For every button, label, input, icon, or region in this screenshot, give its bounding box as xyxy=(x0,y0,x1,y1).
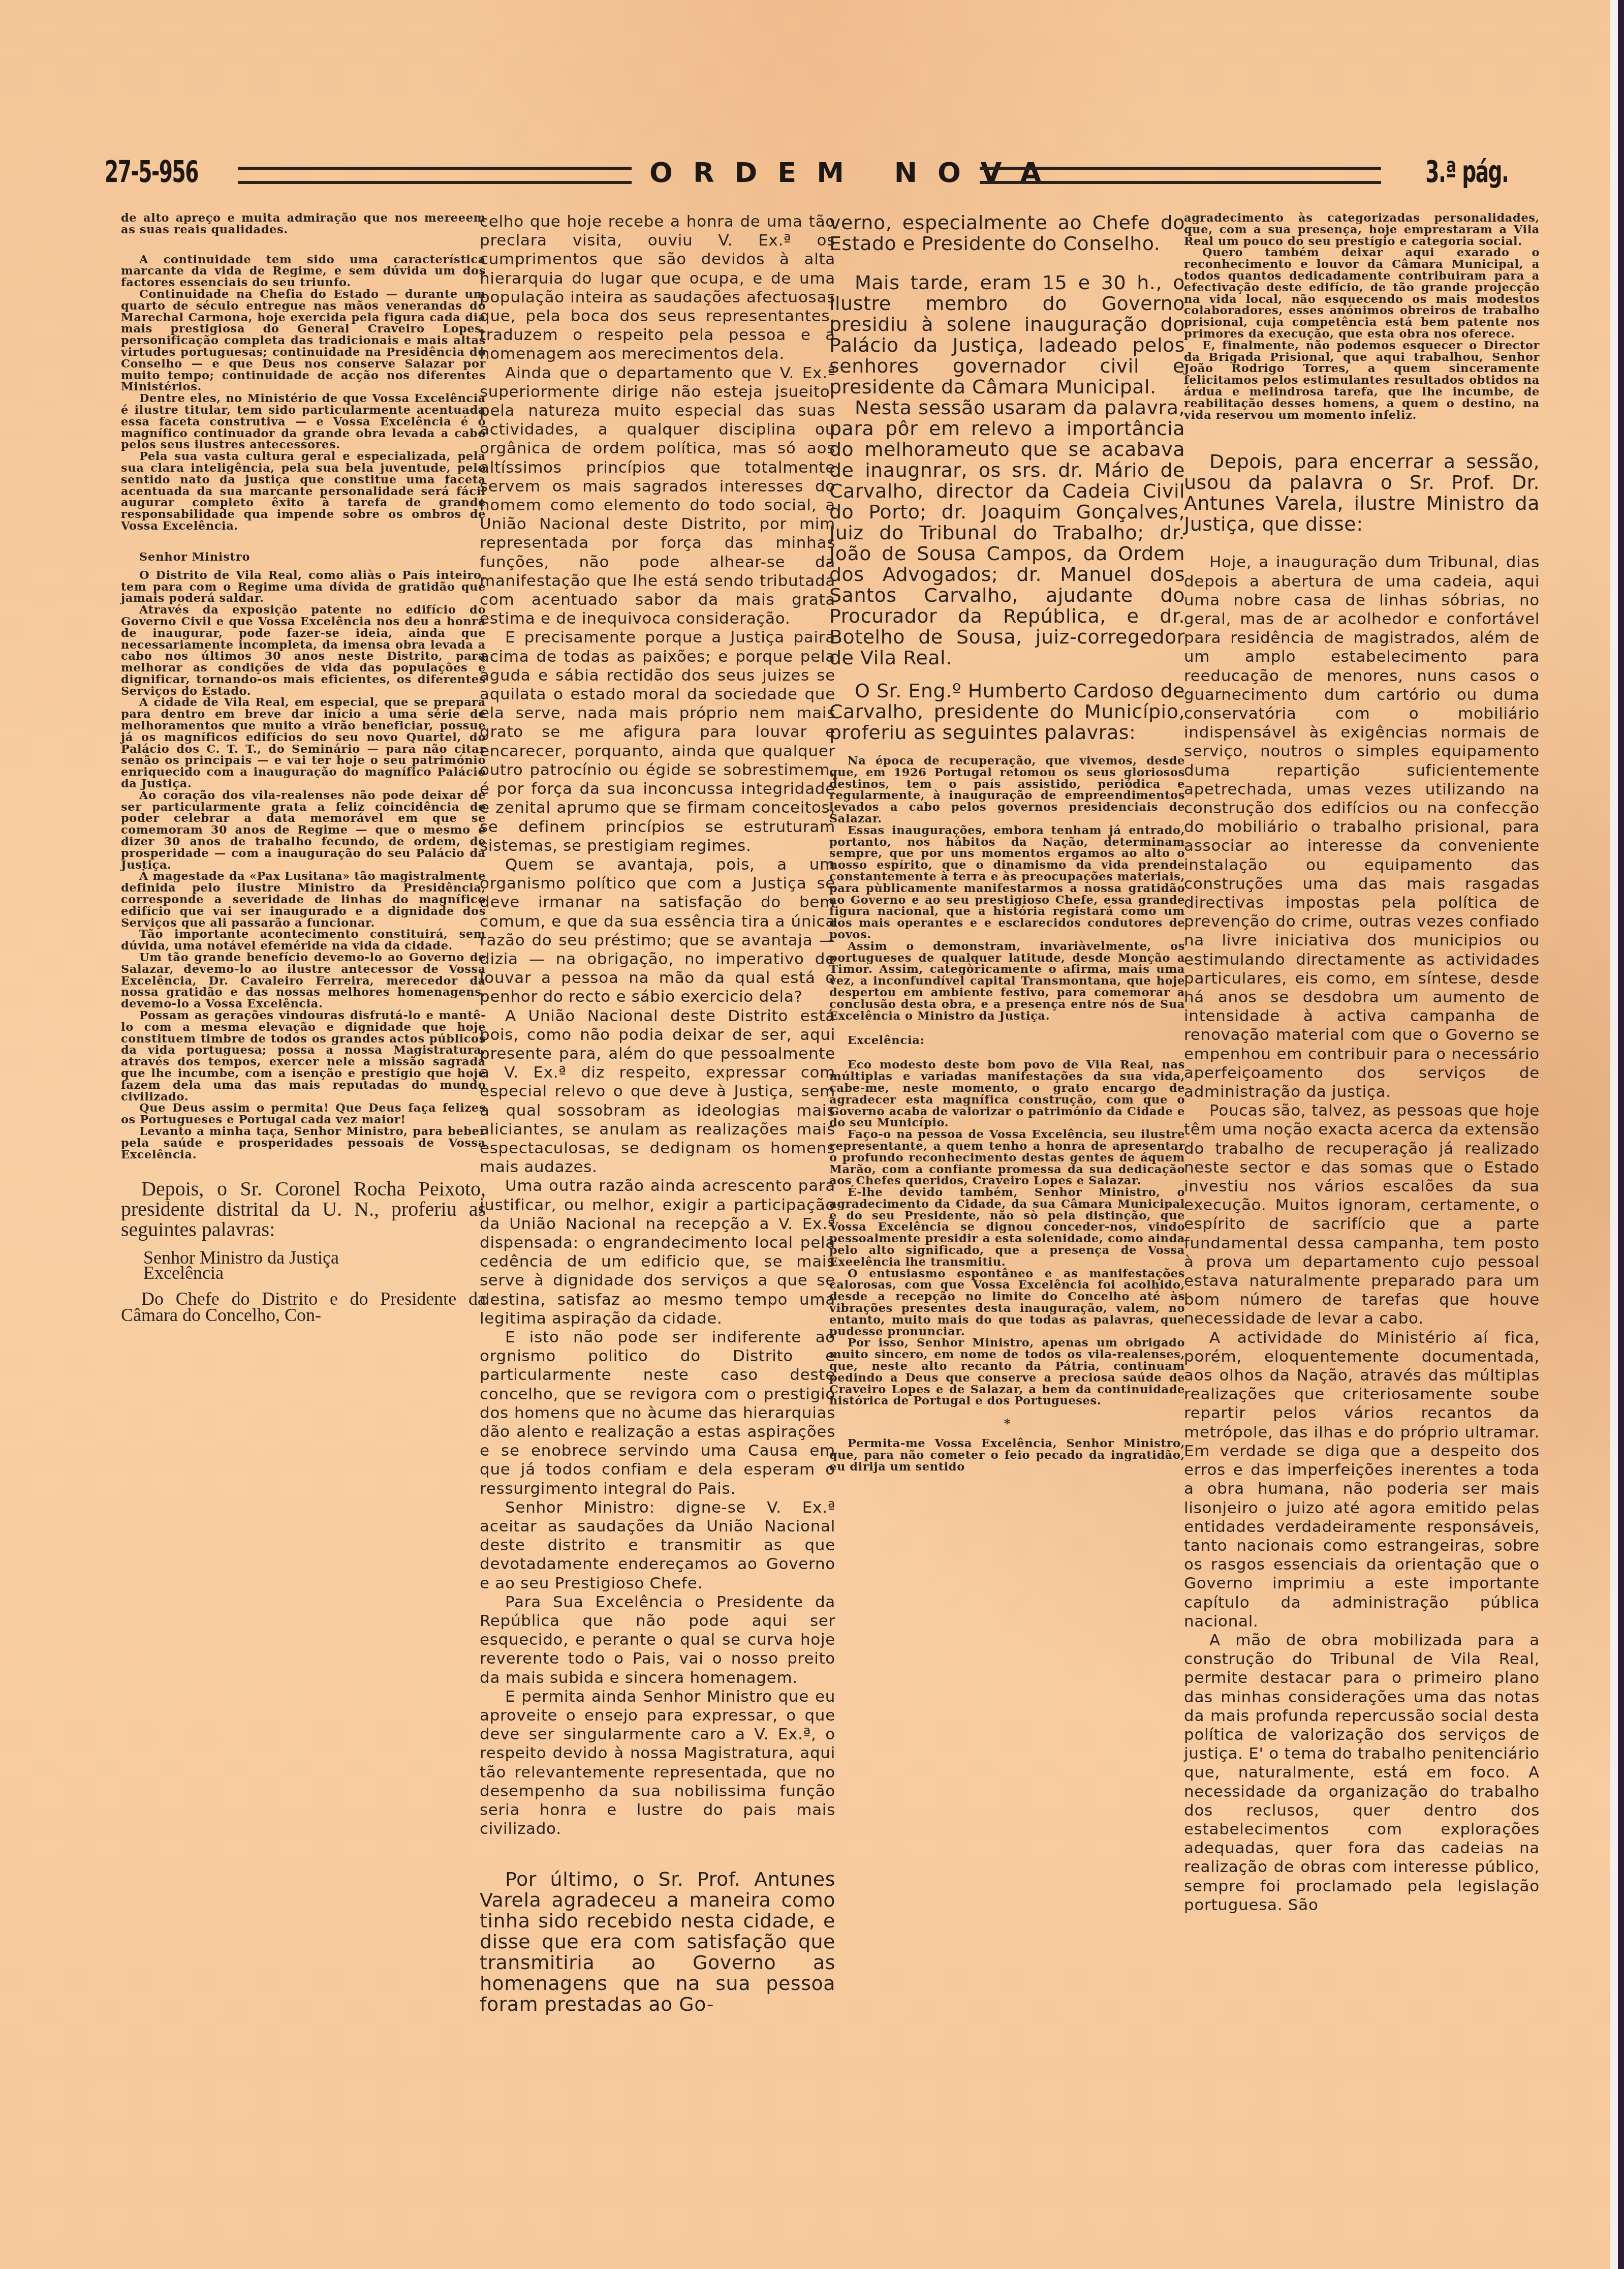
section-separator-star: * xyxy=(829,1416,1185,1431)
paragraph: Por isso, Senhor Ministro, apenas um obr… xyxy=(829,1337,1185,1407)
paragraph: celho que hoje recebe a honra de uma tão… xyxy=(480,212,835,364)
paragraph: Levanto a minha taça, Senhor Ministro, p… xyxy=(121,1126,486,1160)
paragraph: Ao coração dos vila-realenses não pode d… xyxy=(121,790,486,871)
masthead: 27-5-956 ORDEM NOVA 3.ª pág. xyxy=(116,152,1508,193)
paragraph: Na época de recuperação, que vivemos, de… xyxy=(829,755,1185,825)
paragraph: Hoje, a inauguração dum Tribunal, dias d… xyxy=(1184,553,1540,1101)
paragraph: Faço-o na pessoa de Vossa Excelência, se… xyxy=(829,1129,1185,1187)
column-3: verno, especialmente ao Chefe do Estado … xyxy=(829,212,1185,1473)
paragraph: Do Chefe do Distrito e do Presidente da … xyxy=(121,1291,486,1323)
paragraph: Tão importante acontecimento constituirá… xyxy=(121,929,486,952)
paragraph: Depois, o Sr. Coronel Rocha Peixoto, pre… xyxy=(121,1179,486,1240)
paragraph: A actividade do Ministério aí fica, poré… xyxy=(1184,1329,1540,1631)
paragraph: Essas inaugurações, embora tenham já ent… xyxy=(829,825,1185,941)
paragraph: verno, especialmente ao Chefe do Estado … xyxy=(829,212,1185,254)
paragraph: Dentre eles, no Ministério de que Vossa … xyxy=(121,393,486,451)
paragraph: E permita ainda Senhor Ministro que eu a… xyxy=(480,1688,835,1839)
paragraph: O Distrito de Vila Real, como aliàs o Pa… xyxy=(121,570,486,604)
scan-edge xyxy=(1618,0,1624,2269)
paragraph: À magestade da «Pax Lusitana» tão magist… xyxy=(121,871,486,929)
issue-date: 27-5-956 xyxy=(105,155,198,189)
paragraph: Ainda que o departamento que V. Ex.ª sup… xyxy=(480,364,835,629)
paragraph: Mais tarde, eram 15 e 30 h., o ilustre m… xyxy=(829,272,1185,397)
column-2: celho que hoje recebe a honra de uma tão… xyxy=(480,212,835,2015)
paragraph: agradecimento às categorizadas personali… xyxy=(1184,212,1540,247)
paragraph: Permita-me Vossa Excelência, Senhor Mini… xyxy=(829,1438,1185,1473)
masthead-rule-left xyxy=(238,167,632,184)
paragraph: Poucas são, talvez, as pessoas que hoje … xyxy=(1184,1101,1540,1328)
paragraph: Assim o demonstram, invariàvelmente, os … xyxy=(829,941,1185,1022)
paragraph: Quem se avantaja, pois, a um organismo p… xyxy=(480,855,835,1007)
paragraph: E isto não pode ser indiferente ao orgni… xyxy=(480,1328,835,1498)
paragraph: E precisamente porque a Justiça paira ac… xyxy=(480,628,835,855)
paragraph: Quero também deixar aqui exarado o recon… xyxy=(1184,247,1540,340)
paragraph: Nesta sessão usaram da palavra, para pôr… xyxy=(829,397,1185,668)
paragraph: É-lhe devido também, Senhor Ministro, o … xyxy=(829,1187,1185,1268)
paragraph: Senhor Ministro: digne-se V. Ex.ª aceita… xyxy=(480,1498,835,1593)
paragraph: Um tão grande benefício devemo-lo ao Gov… xyxy=(121,952,486,1010)
paragraph: Por último, o Sr. Prof. Antunes Varela a… xyxy=(480,1869,835,2015)
column-1: de alto apreço e muita admiração que nos… xyxy=(121,212,486,1323)
page-number: 3.ª pág. xyxy=(1425,155,1508,189)
paragraph: Através da exposição patente no edifício… xyxy=(121,604,486,697)
paragraph: A cidade de Vila Real, em especial, que … xyxy=(121,697,486,789)
paragraph: A continuidade tem sido uma característi… xyxy=(121,254,486,289)
paragraph: A União Nacional deste Distrito está poi… xyxy=(480,1007,835,1177)
paragraph: Eco modesto deste bom povo de Vila Real,… xyxy=(829,1059,1185,1129)
paragraph: Depois, para encerrar a sessão, usou da … xyxy=(1184,451,1540,535)
paragraph: Continuidade na Chefia do Estado — duran… xyxy=(121,289,486,393)
paragraph: de alto apreço e muita admiração que nos… xyxy=(121,212,486,236)
paragraph: Pela sua vasta cultura geral e especiali… xyxy=(121,451,486,532)
masthead-rule-right xyxy=(980,167,1381,184)
paragraph: E, finalmente, não podemos esquecer o Di… xyxy=(1184,340,1540,421)
paragraph: O Sr. Eng.º Humberto Cardoso de Carvalho… xyxy=(829,681,1185,743)
section-heading: Excelência: xyxy=(829,1034,1185,1047)
paragraph: Possam as gerações vindouras disfrutá-lo… xyxy=(121,1010,486,1102)
paragraph: Que Deus assim o permita! Que Deus faça … xyxy=(121,1102,486,1126)
paragraph: A mão de obra mobilizada para a construç… xyxy=(1184,1631,1540,1915)
paragraph: Uma outra razão ainda acrescento para ju… xyxy=(480,1177,835,1328)
paragraph: Para Sua Excelência o Presidente da Repú… xyxy=(480,1593,835,1688)
scan-margin xyxy=(1610,0,1618,2269)
section-heading: Senhor Ministro xyxy=(121,550,486,564)
paragraph: O entusiasmo espontâneo e as manifestaçõ… xyxy=(829,1268,1185,1338)
column-4: agradecimento às categorizadas personali… xyxy=(1184,212,1540,1915)
